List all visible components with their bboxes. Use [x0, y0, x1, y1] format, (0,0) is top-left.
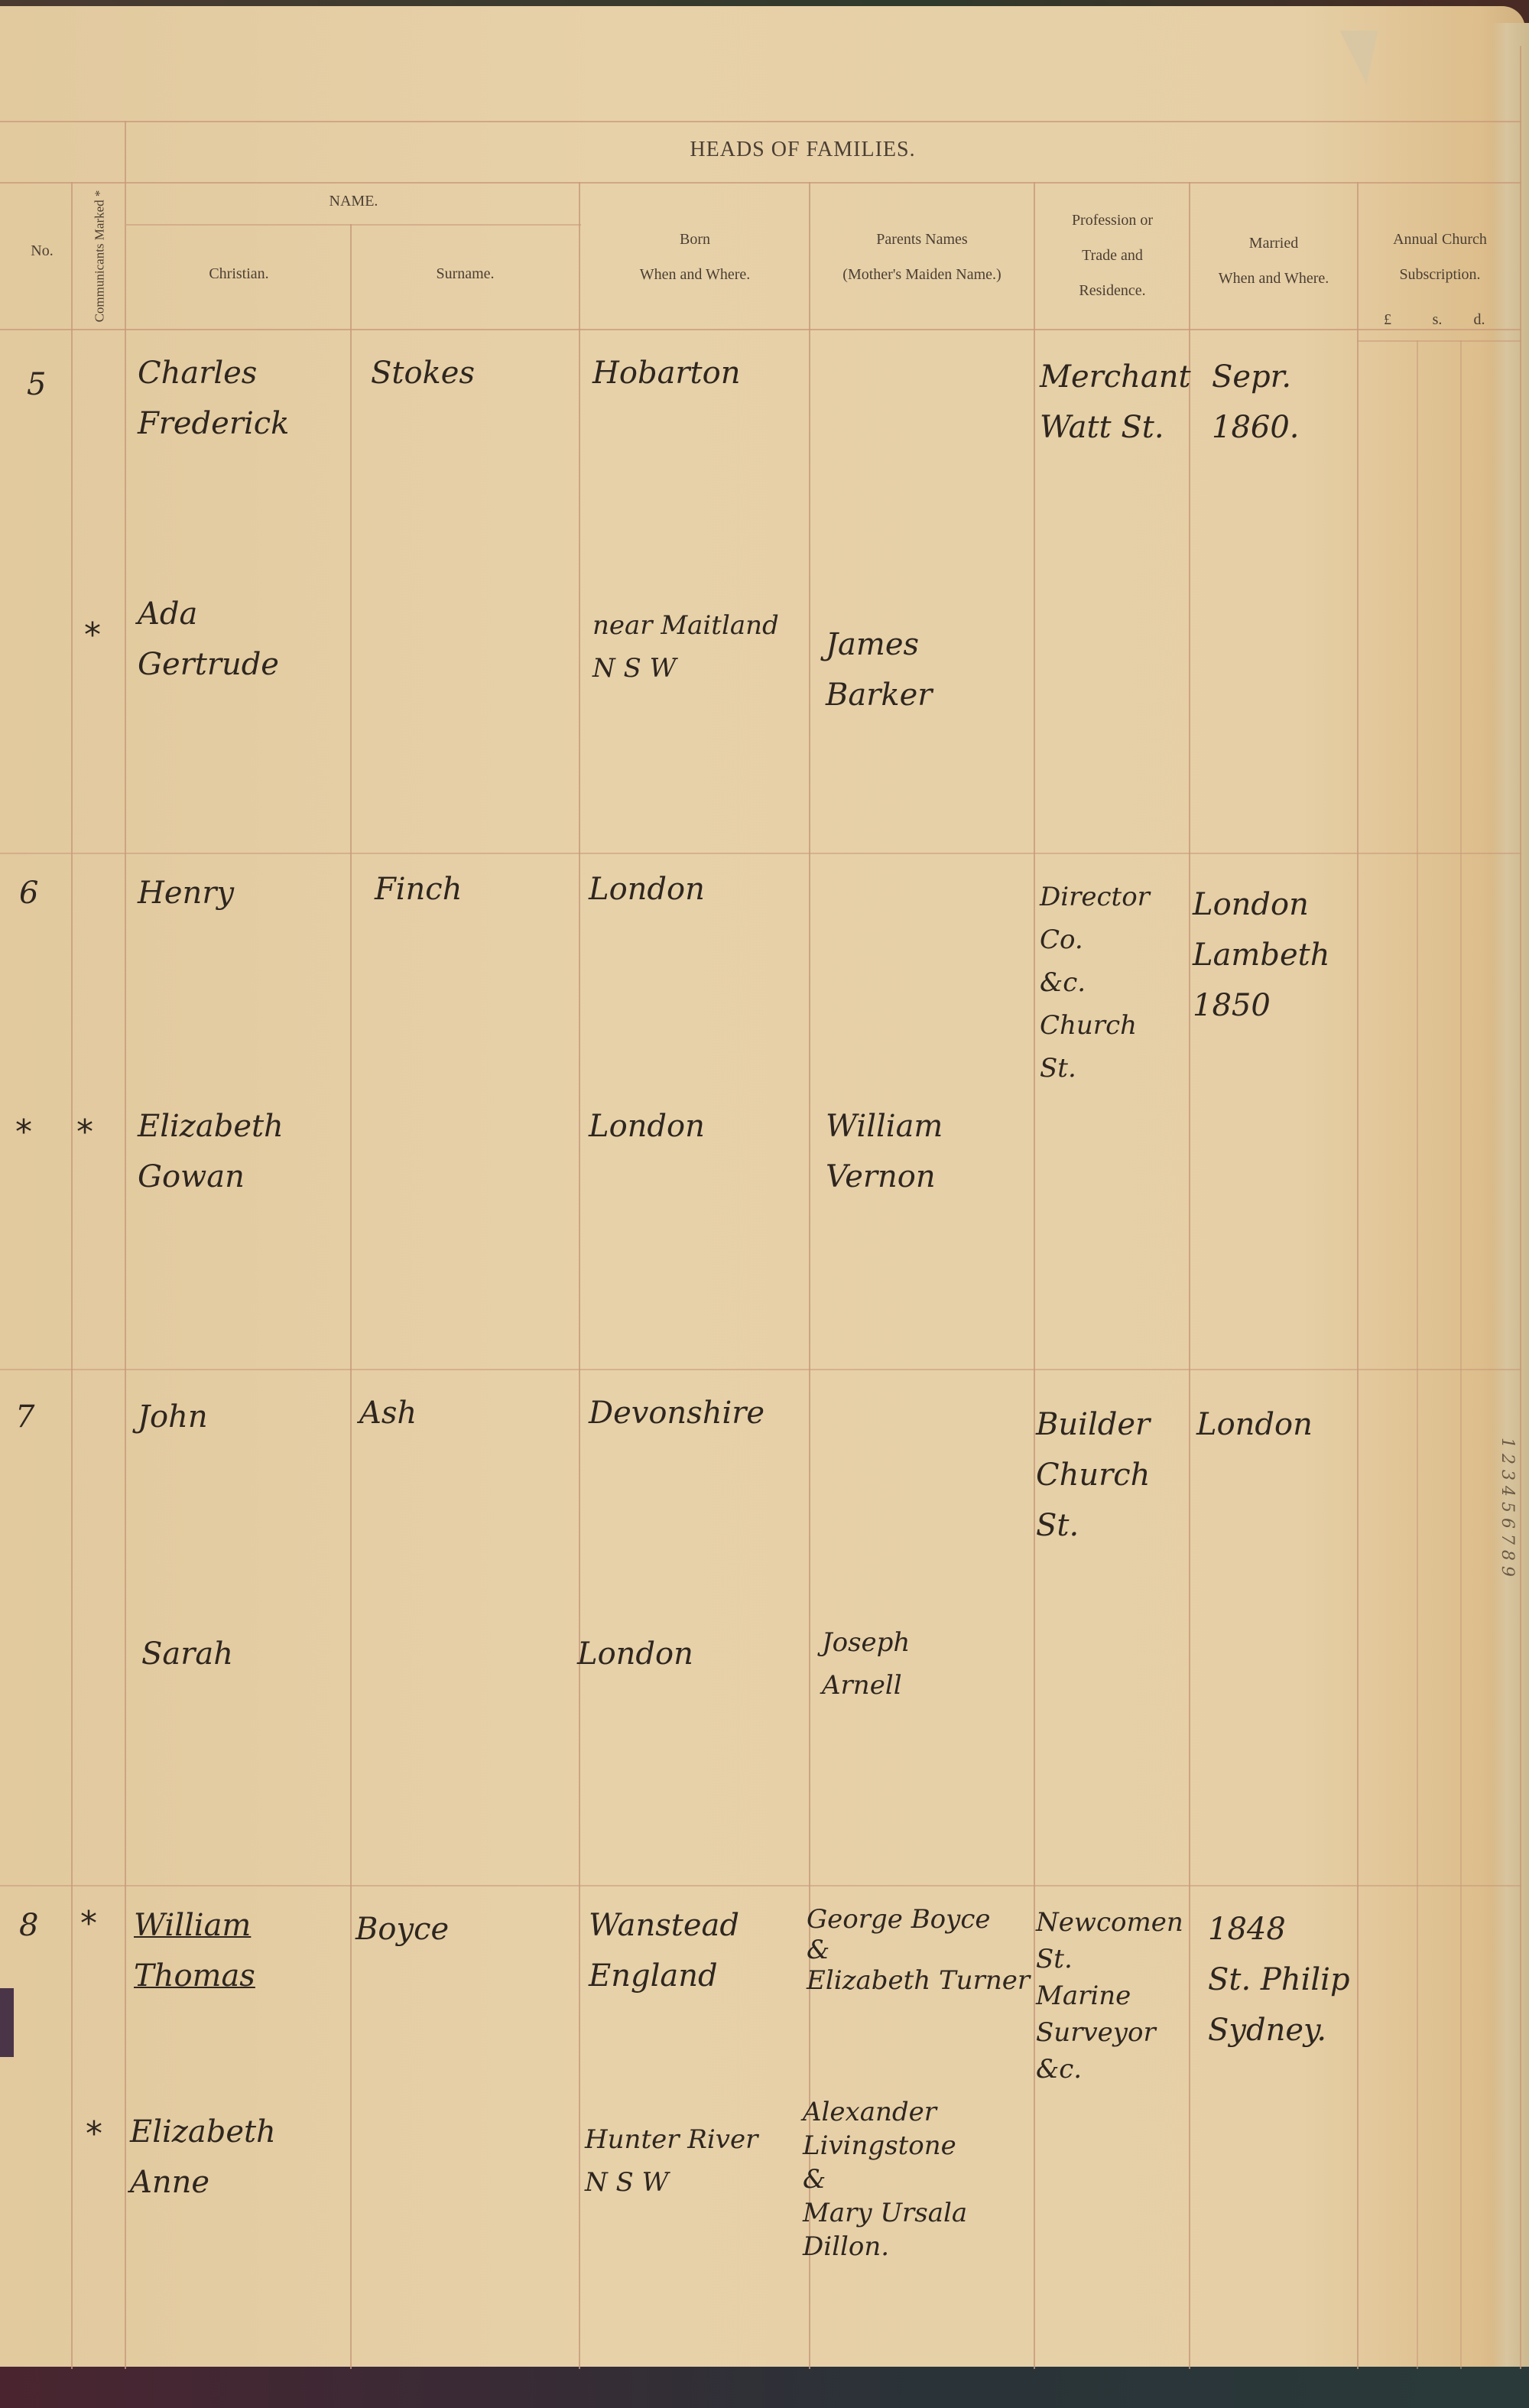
family-8-wife-communicant-mark: * — [86, 2114, 102, 2153]
family-7-no: 7 — [15, 1392, 34, 1442]
family-6-wife-born: London — [589, 1101, 705, 1152]
col-header-born: Born When and Where. — [581, 222, 809, 292]
col-header-profession: Profession or Trade and Residence. — [1036, 203, 1189, 308]
rule-header-bottom — [0, 329, 1521, 330]
rule-col-surname — [579, 182, 580, 2369]
rule-col-comm — [125, 121, 126, 2369]
family-5-surname: Stokes — [371, 348, 475, 398]
family-6-wife-parents: William Vernon — [826, 1101, 943, 1202]
col-header-christian: Christian. — [126, 256, 352, 291]
rule-top — [0, 121, 1521, 122]
family-8-no: 8 — [19, 1900, 38, 1951]
family-7-husband-born: Devonshire — [589, 1388, 764, 1438]
family-6-wife-christian: Elizabeth Gowan — [138, 1101, 284, 1202]
family-8-husband-parents: George Boyce & Elizabeth Turner — [807, 1904, 1030, 1996]
family-5-wife-communicant-mark: * — [84, 616, 101, 655]
family-7-profession: Builder Church St. — [1036, 1399, 1150, 1551]
book-cover-bottom — [0, 2367, 1529, 2408]
family-5-no: 5 — [27, 359, 46, 410]
family-8-husband-communicant-mark: * — [80, 1904, 97, 1943]
rule-col-profession — [1189, 182, 1190, 2369]
rule-col-pounds — [1417, 340, 1418, 2369]
family-6-wife-no-mark: * — [15, 1113, 32, 1152]
family-8-surname: Boyce — [355, 1904, 449, 1955]
rule-sub-split — [1357, 340, 1521, 342]
family-7-married: London — [1196, 1399, 1313, 1450]
col-header-subscription: Annual Church Subscription. — [1359, 222, 1521, 292]
rule-col-married — [1357, 182, 1359, 2369]
col-header-married: Married When and Where. — [1190, 226, 1357, 296]
family-6-husband-born: London — [589, 864, 705, 915]
family-5-husband-born: Hobarton — [592, 348, 740, 398]
family-8-married: 1848 St. Philip Sydney. — [1208, 1904, 1350, 2055]
family-8-wife-christian: Elizabeth Anne — [130, 2107, 276, 2208]
family-6-profession: Director Co. &c. Church St. — [1040, 876, 1150, 1090]
family-7-wife-born: London — [577, 1629, 693, 1679]
rule-page-right — [1520, 46, 1521, 2369]
col-header-name: NAME. — [126, 184, 581, 219]
family-5-married: Sepr. 1860. — [1212, 352, 1300, 453]
family-6-no: 6 — [19, 868, 38, 918]
rule-col-christian — [350, 224, 352, 2369]
family-6-married: London Lambeth 1850 — [1193, 879, 1329, 1031]
family-8-wife-parents: Alexander Livingstone & Mary Ursala Dill… — [803, 2095, 967, 2263]
rule-col-no — [71, 182, 73, 2369]
family-5-husband-christian: Charles Frederick — [138, 348, 289, 449]
family-5-wife-parents: James Barker — [826, 619, 932, 720]
col-header-communicants: Communicants Marked * — [76, 191, 122, 321]
rule-col-born — [809, 182, 810, 2369]
family-7-wife-parents: Joseph Arnell — [822, 1621, 910, 1707]
margin-notes: 1 2 3 4 5 6 7 8 9 — [1502, 1438, 1525, 1577]
col-header-pence: d. — [1468, 302, 1491, 337]
rule-family-5-6 — [0, 853, 1521, 854]
rule-col-shillings — [1460, 340, 1462, 2369]
rule-family-6-7 — [0, 1369, 1521, 1370]
family-6-husband-christian: Henry — [138, 868, 234, 918]
communicants-label: Communicants Marked * — [92, 190, 107, 323]
family-8-profession: Newcomen St. Marine Surveyor &c. — [1036, 1904, 1183, 2088]
rule-col-parents — [1034, 182, 1035, 2369]
rule-name-split — [126, 224, 581, 226]
family-5-profession: Merchant Watt St. — [1040, 352, 1191, 453]
binding-tab — [0, 1988, 14, 2057]
family-6-wife-communicant-mark: * — [76, 1113, 93, 1152]
page-title: HEADS OF FAMILIES. — [535, 138, 1070, 162]
family-5-wife-christian: Ada Gertrude — [138, 589, 279, 690]
col-header-surname: Surname. — [352, 256, 579, 291]
col-header-parents: Parents Names (Mother's Maiden Name.) — [810, 222, 1034, 292]
page-edge — [1491, 23, 1529, 2371]
family-8-wife-born: Hunter River N S W — [585, 2118, 758, 2204]
family-8-husband-born: Wanstead England — [589, 1900, 739, 2001]
family-7-husband-christian: John — [138, 1392, 208, 1442]
family-6-surname: Finch — [375, 864, 462, 915]
col-header-shillings: s. — [1426, 302, 1449, 337]
rule-family-7-8 — [0, 1885, 1521, 1886]
col-header-pounds: £ — [1376, 302, 1399, 337]
family-8-husband-christian: William Thomas — [134, 1900, 255, 2001]
family-7-surname: Ash — [359, 1388, 417, 1438]
family-5-wife-born: near Maitland N S W — [592, 604, 779, 690]
col-header-no: No. — [15, 233, 69, 268]
family-7-wife-christian: Sarah — [141, 1629, 233, 1679]
